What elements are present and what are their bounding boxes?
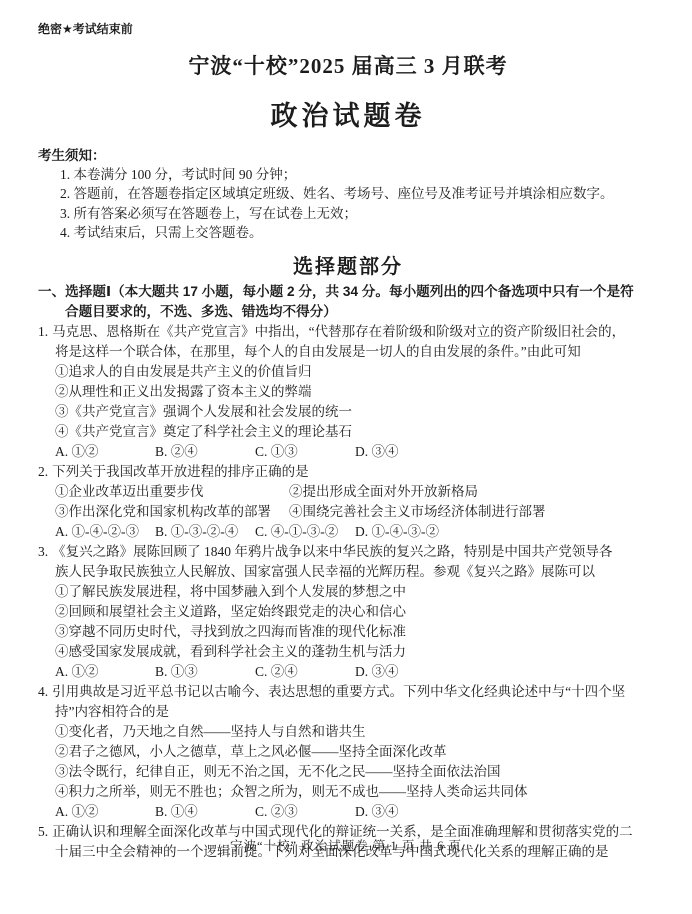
question-item: ①了解民族发展进程，将中国梦融入到个人发展的梦想之中 — [55, 582, 658, 602]
exam-paper-page: 绝密★考试结束前 宁波“十校”2025 届高三 3 月联考 政治试题卷 考生须知… — [0, 0, 692, 914]
question-item-row: ①企业改革迈出重要步伐②提出形成全面对外开放新格局 — [55, 482, 658, 502]
notice-item: 3. 所有答案必须写在答题卷上，写在试卷上无效； — [38, 204, 658, 223]
question-number: 1. — [38, 324, 48, 339]
answer-options-row: A. ①②B. ②④C. ①③D. ③④ — [55, 442, 658, 462]
question-item: ④积力之所举，则无不胜也；众智之所为，则无不成也——坚持人类命运共同体 — [55, 782, 658, 802]
question-stem-line: 4.引用典故是习近平总书记以古喻今、表达思想的重要方式。下列中华文化经典论述中与… — [55, 682, 658, 702]
question-stem-text: 引用典故是习近平总书记以古喻今、表达思想的重要方式。下列中华文化经典论述中与“十… — [52, 684, 625, 699]
question-number: 3. — [38, 544, 48, 559]
question-item: ②提出形成全面对外开放新格局 — [289, 482, 658, 502]
answer-options-row: A. ①-④-②-③B. ①-③-②-④C. ④-①-③-②D. ①-④-③-② — [55, 522, 658, 542]
questions-area: 1.马克思、恩格斯在《共产党宣言》中指出，“代替那存在着阶级和阶级对立的资产阶级… — [38, 322, 658, 862]
answer-options-row: A. ①②B. ①④C. ②③D. ③④ — [55, 802, 658, 822]
question-2: 2.下列关于我国改革开放进程的排序正确的是①企业改革迈出重要步伐②提出形成全面对… — [38, 462, 658, 542]
answer-option: D. ③④ — [355, 442, 455, 462]
question-item: ④感受国家发展成就，看到科学社会主义的蓬勃生机与活力 — [55, 642, 658, 662]
notice-item: 2. 答题前，在答题卷指定区域填定班级、姓名、考场号、座位号及准考证号并填涂相应… — [38, 184, 658, 203]
answer-option: C. ②④ — [255, 662, 355, 682]
section-intro-line: 合题目要求的，不选、多选、错选均不得分） — [38, 302, 658, 322]
answer-option: B. ①④ — [155, 802, 255, 822]
answer-option: B. ②④ — [155, 442, 255, 462]
answer-option: D. ③④ — [355, 662, 455, 682]
answer-option: C. ②③ — [255, 802, 355, 822]
answer-option: D. ③④ — [355, 802, 455, 822]
section-intro-line: 一、选择题Ⅰ（本大题共 17 小题，每小题 2 分，共 34 分。每小题列出的四… — [38, 282, 658, 302]
section-intro: 一、选择题Ⅰ（本大题共 17 小题，每小题 2 分，共 34 分。每小题列出的四… — [38, 282, 658, 322]
question-item: ①追求人的自由发展是共产主义的价值旨归 — [55, 362, 658, 382]
answer-option: B. ①③ — [155, 662, 255, 682]
answer-option: A. ①② — [55, 442, 155, 462]
question-item: ①变化者，乃天地之自然——坚持人与自然和谐共生 — [55, 722, 658, 742]
answer-option: B. ①-③-②-④ — [155, 522, 255, 542]
question-1: 1.马克思、恩格斯在《共产党宣言》中指出，“代替那存在着阶级和阶级对立的资产阶级… — [38, 322, 658, 462]
answer-option: A. ①② — [55, 802, 155, 822]
question-item-row: ③作出深化党和国家机构改革的部署④围绕完善社会主义市场经济体制进行部署 — [55, 502, 658, 522]
question-stem-line: 3.《复兴之路》展陈回顾了 1840 年鸦片战争以来中华民族的复兴之路，特别是中… — [55, 542, 658, 562]
question-stem-wrap-line: 持”内容相符合的是 — [55, 702, 658, 722]
notice-item: 1. 本卷满分 100 分，考试时间 90 分钟； — [38, 165, 658, 184]
question-item: ①企业改革迈出重要步伐 — [55, 482, 289, 502]
section-heading: 选择题部分 — [38, 250, 658, 279]
answer-option: A. ①② — [55, 662, 155, 682]
notice-items: 1. 本卷满分 100 分，考试时间 90 分钟；2. 答题前，在答题卷指定区域… — [38, 165, 658, 243]
classification-label: 绝密★考试结束前 — [38, 20, 658, 37]
question-stem-text: 下列关于我国改革开放进程的排序正确的是 — [52, 464, 309, 479]
question-stem-wrap-line: 族人民争取民族独立人民解放、国家富强人民幸福的光辉历程。参观《复兴之路》展陈可以 — [55, 562, 658, 582]
exam-title: 宁波“十校”2025 届高三 3 月联考 — [38, 50, 658, 80]
answer-option: A. ①-④-②-③ — [55, 522, 155, 542]
question-stem-line: 2.下列关于我国改革开放进程的排序正确的是 — [55, 462, 658, 482]
question-stem-text: 马克思、恩格斯在《共产党宣言》中指出，“代替那存在着阶级和阶级对立的资产阶级旧社… — [52, 324, 625, 339]
notice-heading: 考生须知： — [38, 146, 658, 165]
question-item: ③《共产党宣言》强调个人发展和社会发展的统一 — [55, 402, 658, 422]
question-number: 4. — [38, 684, 48, 699]
question-stem-wrap-line: 将是这样一个联合体，在那里，每个人的自由发展是一切人的自由发展的条件。”由此可知 — [55, 342, 658, 362]
answer-option: C. ①③ — [255, 442, 355, 462]
question-stem-text: 《复兴之路》展陈回顾了 1840 年鸦片战争以来中华民族的复兴之路，特别是中国共… — [52, 544, 612, 559]
answer-option: C. ④-①-③-② — [255, 522, 355, 542]
question-item: ②君子之德风，小人之德草，草上之风必偃——坚持全面深化改革 — [55, 742, 658, 762]
question-item: ④围绕完善社会主义市场经济体制进行部署 — [289, 502, 658, 522]
question-item: ②回顾和展望社会主义道路，坚定始终跟党走的决心和信心 — [55, 602, 658, 622]
question-item: ③穿越不同历史时代，寻找到放之四海而皆准的现代化标准 — [55, 622, 658, 642]
notice-item: 4. 考试结束后，只需上交答题卷。 — [38, 223, 658, 242]
question-item: ③法令既行，纪律自正，则无不治之国，无不化之民——坚持全面依法治国 — [55, 762, 658, 782]
question-4: 4.引用典故是习近平总书记以古喻今、表达思想的重要方式。下列中华文化经典论述中与… — [38, 682, 658, 822]
question-3: 3.《复兴之路》展陈回顾了 1840 年鸦片战争以来中华民族的复兴之路，特别是中… — [38, 542, 658, 682]
question-item: ③作出深化党和国家机构改革的部署 — [55, 502, 289, 522]
answer-option: D. ①-④-③-② — [355, 522, 455, 542]
question-item: ②从理性和正义出发揭露了资本主义的弊端 — [55, 382, 658, 402]
candidate-notice: 考生须知： 1. 本卷满分 100 分，考试时间 90 分钟；2. 答题前，在答… — [38, 146, 658, 243]
question-number: 2. — [38, 464, 48, 479]
page-footer: 宁波“十校” 政治试题卷 第 1 页 共 6 页 — [0, 836, 692, 854]
answer-options-row: A. ①②B. ①③C. ②④D. ③④ — [55, 662, 658, 682]
question-stem-line: 1.马克思、恩格斯在《共产党宣言》中指出，“代替那存在着阶级和阶级对立的资产阶级… — [55, 322, 658, 342]
question-item: ④《共产党宣言》奠定了科学社会主义的理论基石 — [55, 422, 658, 442]
paper-title: 政治试题卷 — [38, 94, 658, 133]
